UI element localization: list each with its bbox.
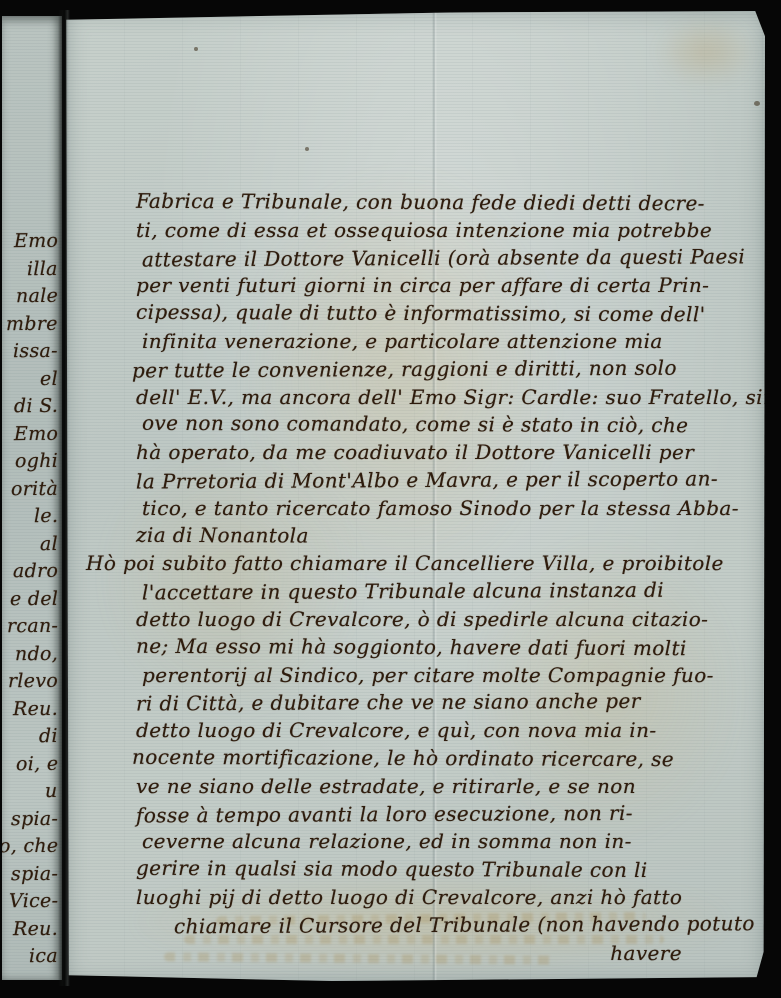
fragment-text: oghi [15, 448, 58, 476]
page-gutter [58, 10, 70, 986]
manuscript-line: luoghi pij di detto luogo di Crevalcore,… [86, 884, 746, 912]
fragment-text: e del [10, 585, 58, 613]
manuscript-line: detto luogo di Crevalcore, e quì, con no… [86, 717, 746, 745]
manuscript-line: tico, e tanto ricercato famoso Sinodo pe… [92, 495, 746, 523]
fragment-text: al [40, 530, 58, 558]
fragment-text: ica [29, 943, 58, 971]
manuscript-line: ri di Città, e dubitare che ve ne siano … [86, 688, 746, 719]
manuscript-line: fosse à tempo avanti la loro esecuzione,… [86, 799, 746, 830]
manuscript-line: ove non sono comandato, come si è stato … [92, 410, 746, 441]
fragment-text: o, che [2, 833, 58, 861]
manuscript-line: la Prretoria di Mont'Albo e Mavra, e per… [86, 465, 746, 496]
fragment-text: nale [16, 283, 58, 311]
fragment-text: le. [34, 503, 58, 531]
manuscript-line: attestare il Dottore Vanicelli (orà abse… [92, 243, 746, 274]
manuscript-line: infinita venerazione, e particolare atte… [92, 328, 746, 356]
fragment-text: di S. [14, 393, 58, 421]
manuscript-line: per venti futuri giorni in circa per aff… [86, 272, 746, 300]
paper-stain [656, 17, 756, 87]
manuscript-line: dell' E.V., ma ancora dell' Emo Sigr: Ca… [86, 384, 746, 412]
manuscript-line: gerire in qualsi sia modo questo Tribuna… [86, 855, 746, 886]
fragment-text: u [45, 778, 58, 806]
photo-backdrop: Emo illa nale mbre issa- el di S. Emo og… [0, 0, 781, 998]
fragment-text: spia- [11, 860, 58, 888]
fragment-text: adro [13, 558, 58, 586]
fragment-text: Reu. [13, 915, 58, 943]
fragment-text: Emo [14, 420, 58, 448]
manuscript-line: Hò poi subito fatto chiamare il Cancelli… [86, 550, 746, 578]
fragment-text: spia- [11, 805, 58, 833]
ink-speck [194, 47, 198, 51]
manuscript-line: ti, come di essa et ossequiosa intenzion… [86, 217, 746, 245]
fragment-text: di [39, 723, 58, 751]
fragment-text: ndo, [15, 640, 58, 668]
fragment-text: el [40, 365, 58, 393]
manuscript-line: hà operato, da me coadiuvato il Dottore … [86, 439, 746, 467]
manuscript-page: Fabrica e Tribunale, con buona fede died… [66, 11, 765, 983]
fragment-text: rlevo [8, 668, 58, 696]
manuscript-line: perentorij al Sindico, per citare molte … [92, 662, 746, 690]
manuscript-line: chiamare il Cursore del Tribunale (non h… [92, 910, 746, 941]
manuscript-line: per tutte le convenienze, raggioni e dir… [82, 354, 746, 385]
fragment-text: rcan- [7, 613, 58, 641]
manuscript-line: l'accettare in questo Tribunale alcuna i… [92, 576, 746, 607]
manuscript-line: Fabrica e Tribunale, con buona fede died… [86, 188, 746, 219]
ink-speck [754, 101, 760, 106]
manuscript-line: ve ne siano delle estradate, e ritirarle… [86, 773, 746, 801]
manuscript-line: cipessa), quale di tutto è informatissim… [86, 299, 746, 330]
catchword: havere [82, 940, 746, 968]
fragment-text: Reu. [13, 695, 58, 723]
adjacent-page-fragments: Emo illa nale mbre issa- el di S. Emo og… [2, 228, 58, 971]
fragment-text: illa [27, 255, 58, 283]
fragment-text: Vice- [9, 888, 58, 916]
manuscript-line: zia di Nonantola [86, 521, 746, 552]
fragment-text: mbre [6, 310, 58, 338]
fragment-text: issa- [13, 338, 58, 366]
fragment-text: Emo [14, 228, 58, 256]
manuscript-line: nocente mortificazione, le hò ordinato r… [82, 743, 746, 774]
manuscript-line: detto luogo di Crevalcore, ò di spedirle… [86, 606, 746, 634]
ink-speck [305, 147, 309, 151]
manuscript-text: Fabrica e Tribunale, con buona fede died… [86, 189, 746, 967]
manuscript-line: ne; Ma esso mi hà soggionto, havere dati… [86, 632, 746, 663]
manuscript-line: ceverne alcuna relazione, ed in somma no… [92, 828, 746, 856]
fragment-text: oi, e [16, 750, 59, 778]
adjacent-page-edge: Emo illa nale mbre issa- el di S. Emo og… [2, 16, 62, 980]
fragment-text: orità [11, 475, 58, 503]
